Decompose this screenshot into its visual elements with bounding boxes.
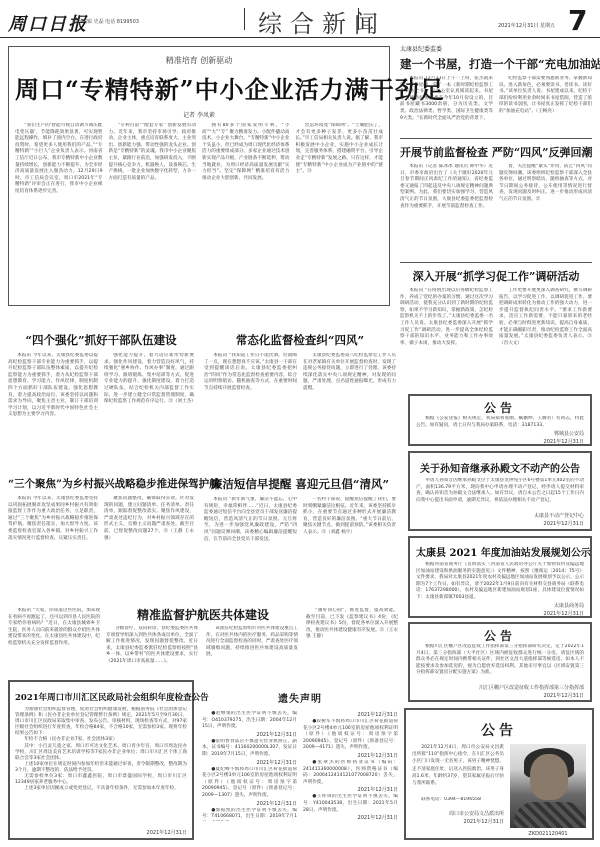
bookroom-headline: 建一个书屋，打造一个干部“充电加油站” xyxy=(400,56,592,72)
notice-signer: 太康县不动产登记中心 xyxy=(416,512,584,520)
lost-item: ●王梓锋的出生医学证明不慎丢失，编号：Y410043538，出生日期：2021年… xyxy=(303,794,398,814)
lost-notices-title: 遗失声明 xyxy=(202,690,398,705)
notice-date: 2021年12月31日 xyxy=(416,520,584,528)
notice-date: 2021年12月31日 xyxy=(416,610,584,618)
notice-date: 2021年12月31日 xyxy=(416,692,584,700)
notice-title: 2021年周口市川汇区民政局社会组织年度检查公告 xyxy=(15,691,187,703)
article-column: 本报讯 “新年新气象，廉洁不能忘，心中有规矩，幸福常相伴……”近日，太康县纪委监… xyxy=(204,497,297,601)
normalized-supervision-headline: 常态化监督检查纠“四风” xyxy=(204,332,396,348)
notice-signer: 川汇区棚户区改造征收工作指挥部第三分指挥部 xyxy=(416,684,584,692)
normalized-supervision-article: 常态化监督检查纠“四风” 本报讯 “我知道工作日不能饮酒，但就喝了一点，现在想想… xyxy=(204,332,396,452)
research-column: 工作更要开展更深入调查研究，撰写调研报告，以学习促进工作，以调研促进工作。要把调… xyxy=(499,288,592,392)
notice-body: 根据河南省商务厅《贯彻落实〈河南省人民政府办公厅关于加快农村及偏远地区加油站建设… xyxy=(416,562,584,602)
lost-item-date: 2021年12月31日 xyxy=(202,731,297,739)
divider xyxy=(400,138,592,139)
lost-item: ●段树军不慎将周口市川汇区荷花街道荷花小区2号楼4单元106室的房屋他项权利证明… xyxy=(303,719,398,752)
medical-community-headline: 精准监督护航医共体建设 xyxy=(106,606,300,623)
lead-byline: 记者 李凤素 xyxy=(15,110,383,119)
notice-date: 2021年12月31日 xyxy=(416,438,584,446)
masthead: 周口日报 版面编辑 史磊 电话 8199503 综合新闻 2021年12月31日… xyxy=(0,0,600,38)
article-column: 本报讯 “我知道工作日不能饮酒，但就喝了一点，现在想想真不应该。”太康县一干部在… xyxy=(204,353,297,453)
lost-item: ●郭振凯的出生医学证明不慎丢失，编号：T410668071，出生日期：2019年… xyxy=(202,808,297,821)
integrity-sms-article: 廉洁短信早提醒 喜迎元旦倡“清风” 本报讯 “新年新气象，廉洁不能忘，心中有规矩… xyxy=(204,476,396,600)
lost-item-date: 2021年12月31日 xyxy=(303,752,398,760)
notice-title: 太康县 2021 年度加油站发展规划公示 xyxy=(416,544,584,559)
holiday-inspection-column: 本报讯（记者 陈冰冰 通讯员 韩中华）近日，市委市政府出台了《关于做好2020年… xyxy=(400,164,493,262)
notice-date: 2021年12月31日 xyxy=(412,818,504,826)
article-column: 太康县纪委监委第八纪检监察室工作人员在对老冢镇有关单位开展监督检查时，发现了违规… xyxy=(303,353,396,453)
divider xyxy=(244,8,245,30)
article-column: 强化能力提升，着力适应新形势新要求。强化作风建设，着力营造良好风气，持续强化“惠… xyxy=(104,353,194,453)
lead-column: 拥有80多个国家发明专利。“小而”“大”“专” 聚力精准发力。小配件撬动高技术，… xyxy=(202,123,290,315)
divider xyxy=(400,262,592,263)
lead-column: “我们生产的‘智能可视自动调节调压配电变压器’，节能降耗效果显著，可实现智能远程… xyxy=(15,123,103,315)
gas-station-notice: 太康县 2021 年度加油站发展规划公示 根据河南省商务厅《贯彻落实〈河南省人民… xyxy=(408,536,592,618)
notice-title: 公告 xyxy=(416,399,584,416)
relocation-notice: 公告 根据川汇区棚户区改造征收工作指挥部第三分指挥部研究决定，定于2022年1月… xyxy=(408,622,592,702)
bookroom-column: 本报讯 12月23日上午一上班，张杰就来到一楼书屋内，拿了一本《新时期纪检监察工… xyxy=(400,76,493,138)
bookroom-kicker: 太康县纪委监委 xyxy=(400,44,592,53)
lead-column: “专利目前”“配套专家” 创新发展有动力。近年来，我市坚持市场引导、政府推动、企… xyxy=(109,123,197,315)
holiday-inspection-article: 开展节前监督检查 严防“四风”反弹回潮 本报讯（记者 陈冰冰 通讯员 韩中华）近… xyxy=(400,142,592,260)
notice-title: 关于孙知音继承孙殿文不动产的公告 xyxy=(416,460,584,475)
lost-item: ●张明香食品店不慎遗失营业执照正、副本，证书编号：41160200000L307… xyxy=(202,739,297,759)
notice-body: 根据《公安登报》相关规定，我局拟将张刚、臧鹏坤、王腾君）名同志，特此公告。如有疑… xyxy=(416,416,584,430)
photo-caption: ZKD021120401 xyxy=(510,831,586,837)
lost-item-date: 2021年12月31日 xyxy=(303,814,398,822)
lead-headline: 周口“专精特新”中小企业活力满干劲足 xyxy=(15,70,383,105)
bookroom-article: 太康县纪委监委 建一个书屋，打造一个干部“充电加油站” 本报讯 12月23日上午… xyxy=(400,44,592,134)
missing-person-notice: 公告 2021年12月4日，周口市公安局文昌派出所接“110”指挥中心指令，在川… xyxy=(404,708,594,840)
holiday-inspection-headline: 开展节前监督检查 严防“四风”反弹回潮 xyxy=(400,144,592,160)
notice-body: 根据川汇区棚户区改造征收工作指挥部第三分指挥部研究决定，定于2022年1月4日，… xyxy=(416,644,584,684)
page-number: 7 xyxy=(568,4,587,37)
lost-item: ●夏纪峰不慎将周口市川汇区荷花街道荷花小区2号楼3单元106室的房屋他项权利证明… xyxy=(202,767,297,800)
research-article: 深入开展“抓学习促工作”调研活动 本报讯 “在疫情出现以后各级纪检监察工作，养成… xyxy=(400,266,592,390)
lost-item-date: 2021年12月31日 xyxy=(303,786,398,794)
article-column: 该派驻纪检监察组针对医共体建设重点工作，在对医共体内的医疗服务、药品采购等情况进… xyxy=(206,626,298,666)
three-focus-headline: “三个聚焦”为乡村振兴战略稳步推进保驾护航 xyxy=(8,476,194,491)
person-photo xyxy=(510,744,586,828)
research-headline: 深入开展“抓学习促工作”调研活动 xyxy=(400,268,592,284)
integrity-sms-headline: 廉洁短信早提醒 喜迎元旦倡“清风” xyxy=(204,476,396,492)
lost-item: ●张翠杰的医师执业证书（编码：241411360000008），医师资格证书（编… xyxy=(303,760,398,786)
article-column: 本报讯 今年以来，太康县纪委监委以提高纪检监察干部专业能力为重要抓手，以提升纪检… xyxy=(8,353,98,453)
lost-item: ●赵继栗的出生医学证明不慎丢失，编号：O410379275，出生日期：2004年… xyxy=(202,711,297,731)
article-column: 本报讯 今年以来，太康县纪委监委坚持以巩固拓展脱贫攻坚成果同乡村振兴有效衔接监督… xyxy=(8,496,98,600)
police-notice: 公告 根据《公安登报》相关规定，我局拟将张刚、臧鹏坤、王腾君）名同志，特此公告。… xyxy=(408,394,592,446)
three-focus-article: “三个聚焦”为乡村振兴战略稳步推进保驾护航 本报讯 今年以来，太康县纪委监委坚持… xyxy=(8,476,194,600)
divider xyxy=(358,8,359,30)
notice-body: 为加强社会组织监督管理，促进社会组织健康发展，根据国务院《社会团体登记管理条例》… xyxy=(15,707,187,829)
notice-date: 2021年12月31日 xyxy=(15,829,187,837)
medical-community-article: 精准监督护航医共体建设 本报讯 “大家，你知道这些医院，加来现在看病不再跑远了，… xyxy=(8,604,398,670)
notice-body: 申请人孙知音因继承孙殿文位于太康县龙钟苑小区6号楼第1单元402室的不动产，面积… xyxy=(416,478,584,512)
property-notice: 关于孙知音继承孙殿文不动产的公告 申请人孙知音因继承孙殿文位于太康县龙钟苑小区6… xyxy=(408,451,592,531)
article-column: 本报讯 “大家，你知道这些医院，加来现在看病不再跑远了，还可以到市县人民医院的专… xyxy=(8,608,100,666)
notice-title: 公告 xyxy=(416,627,584,644)
four-strengthen-headline: “四个强化”抓好干部队伍建设 xyxy=(8,332,194,348)
civil-affairs-notice: 2021年周口市川汇区民政局社会组织年度检查公告 为加强社会组织监督管理，促进社… xyxy=(8,680,194,840)
research-column: 本报讯 “在疫情出现以后各级纪检监察工作，养成了党纪的办案的习惯，通过这次学习调… xyxy=(400,288,493,392)
lost-item-date: 2021年12月31日 xyxy=(303,711,398,719)
holiday-inspection-column: 着，关注提醒“紧头”作用，防止“四风”问题反弹回潮。该委组织纪检监察干部深入全县… xyxy=(499,164,592,262)
bookroom-column: 纪检监察干部需要熟悉新业务、掌握新知识、进入新角色，必须要读书、善读书、读好书。… xyxy=(499,76,592,138)
section-title: 综合新闻 xyxy=(258,4,386,39)
lost-item-date: 2021年12月31日 xyxy=(202,759,297,767)
article-column: 分级诊疗，双向转诊，县纪委监委医共体专项督导组深入到医共体各成员单位，全面了解工… xyxy=(106,626,198,666)
four-strengthen-article: “四个强化”抓好干部队伍建设 本报讯 今年以来，太康县纪委监委以提高纪检监察干部… xyxy=(8,332,194,452)
editor-info: 版面编辑 史磊 电话 8199503 xyxy=(72,18,139,25)
contact-phone: 联系电话：0394—8196558 xyxy=(412,797,504,804)
article-column: “画好同心圆”，推进监督，提高效能。截至目前，已下发《监察建议书》4份，《纪律检… xyxy=(306,608,398,666)
lead-kicker: 精准培育 创新驱动 xyxy=(15,55,383,66)
lead-column: 营造环境宽“保障网”。“土壤肥沃了，才会有更多种子发芽，更多小苗茁壮成长。”市工… xyxy=(296,123,384,315)
notice-signer: 郸城县公安局 xyxy=(416,430,584,438)
notice-signer: 太康县商务局 xyxy=(416,602,584,610)
lead-article: 精准培育 创新驱动 周口“专精特新”中小企业活力满干劲足 记者 李凤素 “我们生… xyxy=(8,46,390,306)
lost-item-date: 2021年12月31日 xyxy=(202,800,297,808)
article-column: 一名村干部说，提醒短信提醒了我们，要时刻绷紧廉洁这根弦。近年来，该委坚持抓早抓小… xyxy=(303,497,396,601)
article-column: 聚焦问题整改，确保取得实效。针对发现的问题，建立问题清单、任务清单、责任清单，跟… xyxy=(104,496,194,600)
issue-date: 2021年12月31日 星期五 xyxy=(498,22,555,29)
notice-title: 公告 xyxy=(412,720,586,740)
notice-body: 2021年12月4日，周口市公安局文昌派出所接“110”指挥中心指令，在川汇区公… xyxy=(412,744,504,794)
lost-notices-section: 遗失声明 ●赵继栗的出生医学证明不慎丢失，编号：O410379275，出生日期：… xyxy=(202,680,398,840)
notice-signer: 周口市公安局文昌派出所 xyxy=(412,810,504,818)
